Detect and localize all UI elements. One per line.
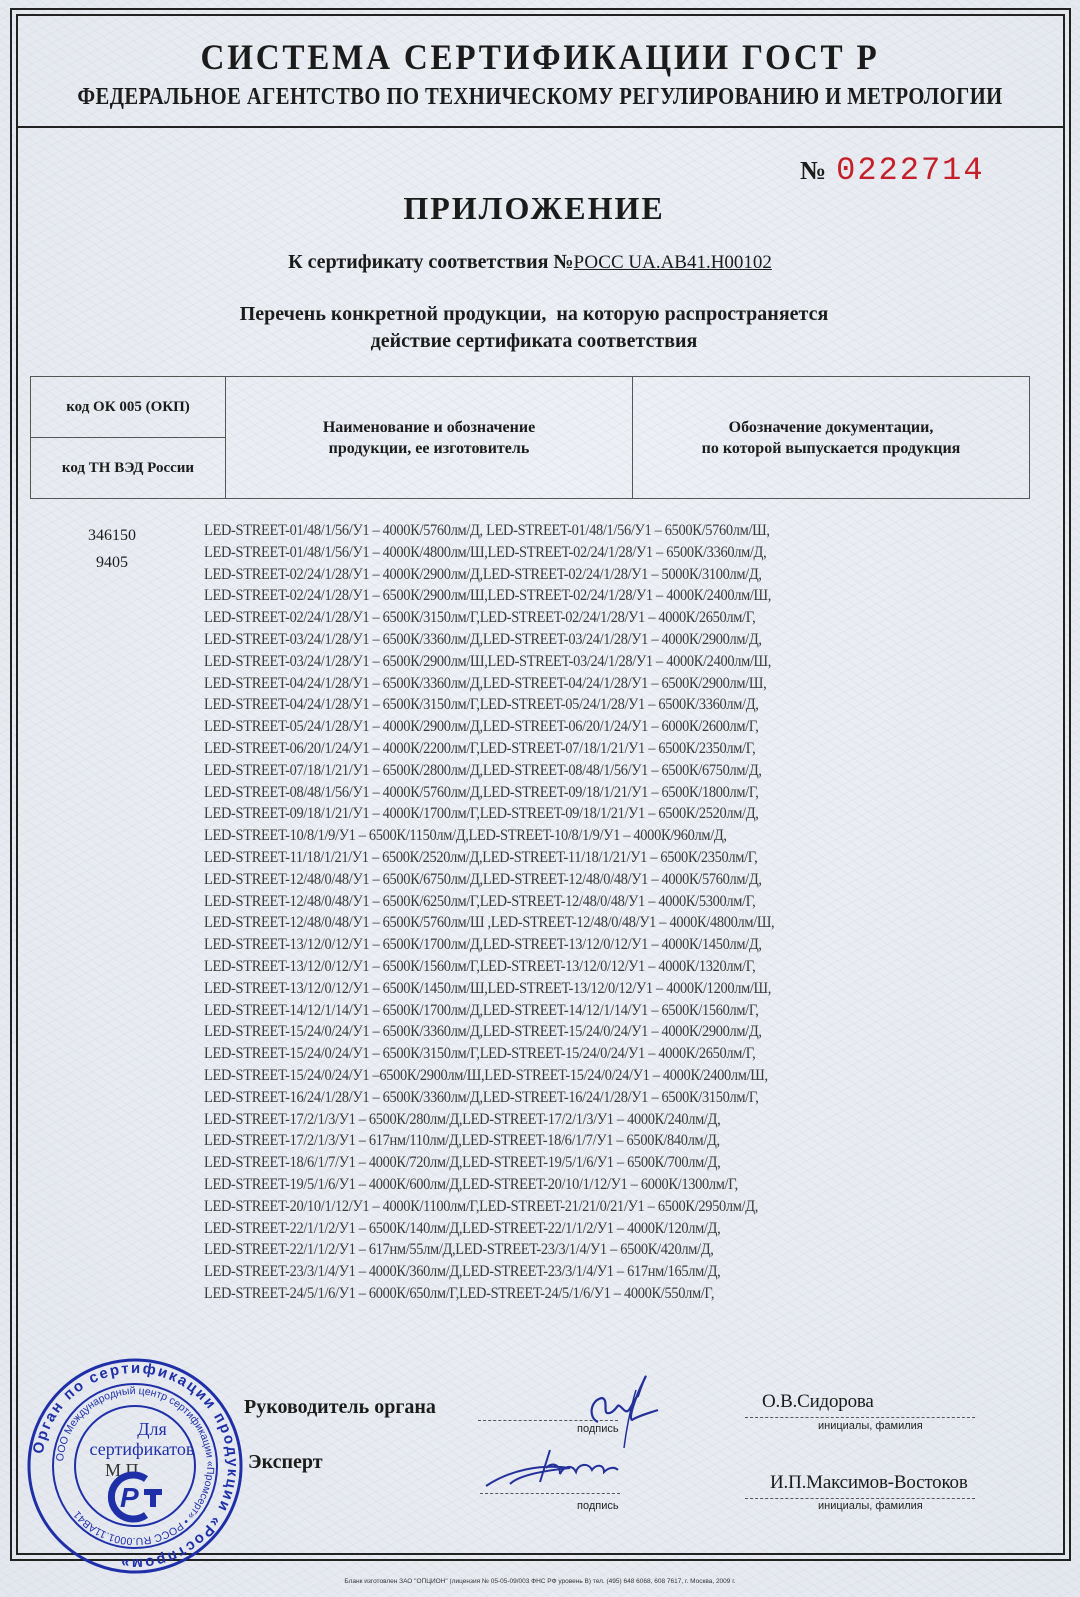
product-line: LED-STREET-12/48/0/48/У1 – 6500К/5760лм/… <box>204 912 939 934</box>
product-line: LED-STREET-15/24/0/24/У1 –6500К/2900лм/Ш… <box>204 1065 939 1087</box>
header-product-name-line-1: Наименование и обозначение <box>230 417 628 438</box>
product-line: LED-STREET-05/24/1/28/У1 – 4000К/2900лм/… <box>204 716 939 738</box>
expert-name-caption: инициалы, фамилия <box>818 1500 923 1512</box>
product-line: LED-STREET-12/48/0/48/У1 – 6500К/6250лм/… <box>204 891 939 913</box>
header-divider <box>16 126 1065 128</box>
head-name: О.В.Сидорова <box>762 1391 874 1413</box>
subtitle-line-1: Перечень конкретной продукции, на котору… <box>0 301 1068 328</box>
product-line: LED-STREET-04/24/1/28/У1 – 6500К/3360лм/… <box>204 673 939 695</box>
table-header: код ОК 005 (ОКП) Наименование и обозначе… <box>30 376 1030 499</box>
expert-name: И.П.Максимов-Востоков <box>770 1472 968 1494</box>
subtitle-line-2: действие сертификата соответствия <box>0 328 1068 355</box>
certificate-number: РОСС UA.AB41.H00102 <box>574 252 772 273</box>
product-line: LED-STREET-02/24/1/28/У1 – 6500К/2900лм/… <box>204 585 939 607</box>
product-line: LED-STREET-15/24/0/24/У1 – 6500К/3360лм/… <box>204 1021 939 1043</box>
product-line: LED-STREET-06/20/1/24/У1 – 4000К/2200лм/… <box>204 738 939 760</box>
appendix-title: ПРИЛОЖЕНИЕ <box>0 190 1068 227</box>
product-line: LED-STREET-10/8/1/9/У1 – 6500К/1150лм/Д,… <box>204 825 939 847</box>
okp-code: 346150 <box>88 522 136 549</box>
product-line: LED-STREET-12/48/0/48/У1 – 6500К/6750лм/… <box>204 869 939 891</box>
product-line: LED-STREET-20/10/1/12/У1 – 4000К/1100лм/… <box>204 1196 939 1218</box>
product-line: LED-STREET-15/24/0/24/У1 – 6500К/3150лм/… <box>204 1043 939 1065</box>
serial-number-value: 0222714 <box>836 152 984 189</box>
product-line: LED-STREET-13/12/0/12/У1 – 6500К/1450лм/… <box>204 978 939 1000</box>
product-line: LED-STREET-22/1/1/2/У1 – 6500К/140лм/Д,L… <box>204 1218 939 1240</box>
serial-number: №0222714 <box>800 152 985 189</box>
product-line: LED-STREET-23/3/1/4/У1 – 4000К/360лм/Д,L… <box>204 1261 939 1283</box>
svg-text:Для: Для <box>137 1419 167 1439</box>
product-codes: 346150 9405 <box>88 522 136 576</box>
product-line: LED-STREET-02/24/1/28/У1 – 4000К/2900лм/… <box>204 564 939 586</box>
product-line: LED-STREET-08/48/1/56/У1 – 4000К/5760лм/… <box>204 782 939 804</box>
head-name-line <box>745 1417 975 1418</box>
product-line: LED-STREET-01/48/1/56/У1 – 4000К/5760лм/… <box>204 520 939 542</box>
list-subtitle: Перечень конкретной продукции, на котору… <box>0 301 1068 355</box>
product-line: LED-STREET-18/6/1/7/У1 – 4000К/720лм/Д,L… <box>204 1152 939 1174</box>
header-code-okp: код ОК 005 (ОКП) <box>31 377 226 438</box>
product-line: LED-STREET-02/24/1/28/У1 – 6500К/3150лм/… <box>204 607 939 629</box>
product-line: LED-STREET-13/12/0/12/У1 – 6500К/1560лм/… <box>204 956 939 978</box>
svg-text:Р: Р <box>120 1482 139 1513</box>
head-signature-icon <box>540 1370 670 1450</box>
certification-stamp-icon: Орган по сертификации продукции «Ростпро… <box>24 1355 246 1577</box>
product-line: LED-STREET-14/12/1/14/У1 – 6500К/1700лм/… <box>204 1000 939 1022</box>
agency-title: ФЕДЕРАЛЬНОЕ АГЕНТСТВО ПО ТЕХНИЧЕСКОМУ РЕ… <box>76 84 1005 111</box>
product-line: LED-STREET-03/24/1/28/У1 – 6500К/3360лм/… <box>204 629 939 651</box>
header-documentation: Обозначение документации, по которой вып… <box>633 377 1030 499</box>
system-title: СИСТЕМА СЕРТИФИКАЦИИ ГОСТ Р <box>43 36 1037 78</box>
product-line: LED-STREET-11/18/1/21/У1 – 6500К/2520лм/… <box>204 847 939 869</box>
header-documentation-line-2: по которой выпускается продукция <box>637 438 1025 459</box>
expert-name-line <box>745 1498 975 1499</box>
head-name-caption: инициалы, фамилия <box>818 1420 923 1432</box>
product-line: LED-STREET-03/24/1/28/У1 – 6500К/2900лм/… <box>204 651 939 673</box>
product-line: LED-STREET-19/5/1/6/У1 – 4000К/600лм/Д,L… <box>204 1174 939 1196</box>
product-line: LED-STREET-04/24/1/28/У1 – 6500К/3150лм/… <box>204 694 939 716</box>
product-line: LED-STREET-17/2/1/3/У1 – 6500К/280лм/Д,L… <box>204 1109 939 1131</box>
header-product-name-line-2: продукции, ее изготовитель <box>230 438 628 459</box>
printer-note: Бланк изготовлен ЗАО "ОПЦИОН" (лицензия … <box>0 1578 1080 1585</box>
certificate-reference-label: К сертификату соответствия № <box>288 251 573 273</box>
product-line: LED-STREET-17/2/1/3/У1 – 617нм/110лм/Д,L… <box>204 1130 939 1152</box>
svg-text:сертификатов: сертификатов <box>90 1439 195 1459</box>
expert-signature-icon <box>480 1440 650 1500</box>
header-product-name: Наименование и обозначение продукции, ее… <box>226 377 633 499</box>
number-sign: № <box>800 156 826 185</box>
product-list: LED-STREET-01/48/1/56/У1 – 4000К/5760лм/… <box>204 520 939 1305</box>
product-line: LED-STREET-13/12/0/12/У1 – 6500К/1700лм/… <box>204 934 939 956</box>
tnved-code: 9405 <box>88 549 136 576</box>
head-of-body-label: Руководитель органа <box>244 1396 436 1419</box>
product-line: LED-STREET-24/5/1/6/У1 – 6000К/650лм/Г,L… <box>204 1283 939 1305</box>
product-line: LED-STREET-01/48/1/56/У1 – 4000К/4800лм/… <box>204 542 939 564</box>
header-documentation-line-1: Обозначение документации, <box>637 417 1025 438</box>
product-line: LED-STREET-09/18/1/21/У1 – 4000К/1700лм/… <box>204 803 939 825</box>
certificate-reference: К сертификату соответствия №РОСС UA.AB41… <box>0 251 1060 274</box>
product-line: LED-STREET-07/18/1/21/У1 – 6500К/2800лм/… <box>204 760 939 782</box>
header-code-tnved: код ТН ВЭД России <box>31 438 226 499</box>
expert-signature-caption: подпись <box>577 1500 619 1512</box>
product-line: LED-STREET-16/24/1/28/У1 – 6500К/3360лм/… <box>204 1087 939 1109</box>
product-line: LED-STREET-22/1/1/2/У1 – 617нм/55лм/Д,LE… <box>204 1239 939 1261</box>
expert-label: Эксперт <box>248 1451 323 1474</box>
